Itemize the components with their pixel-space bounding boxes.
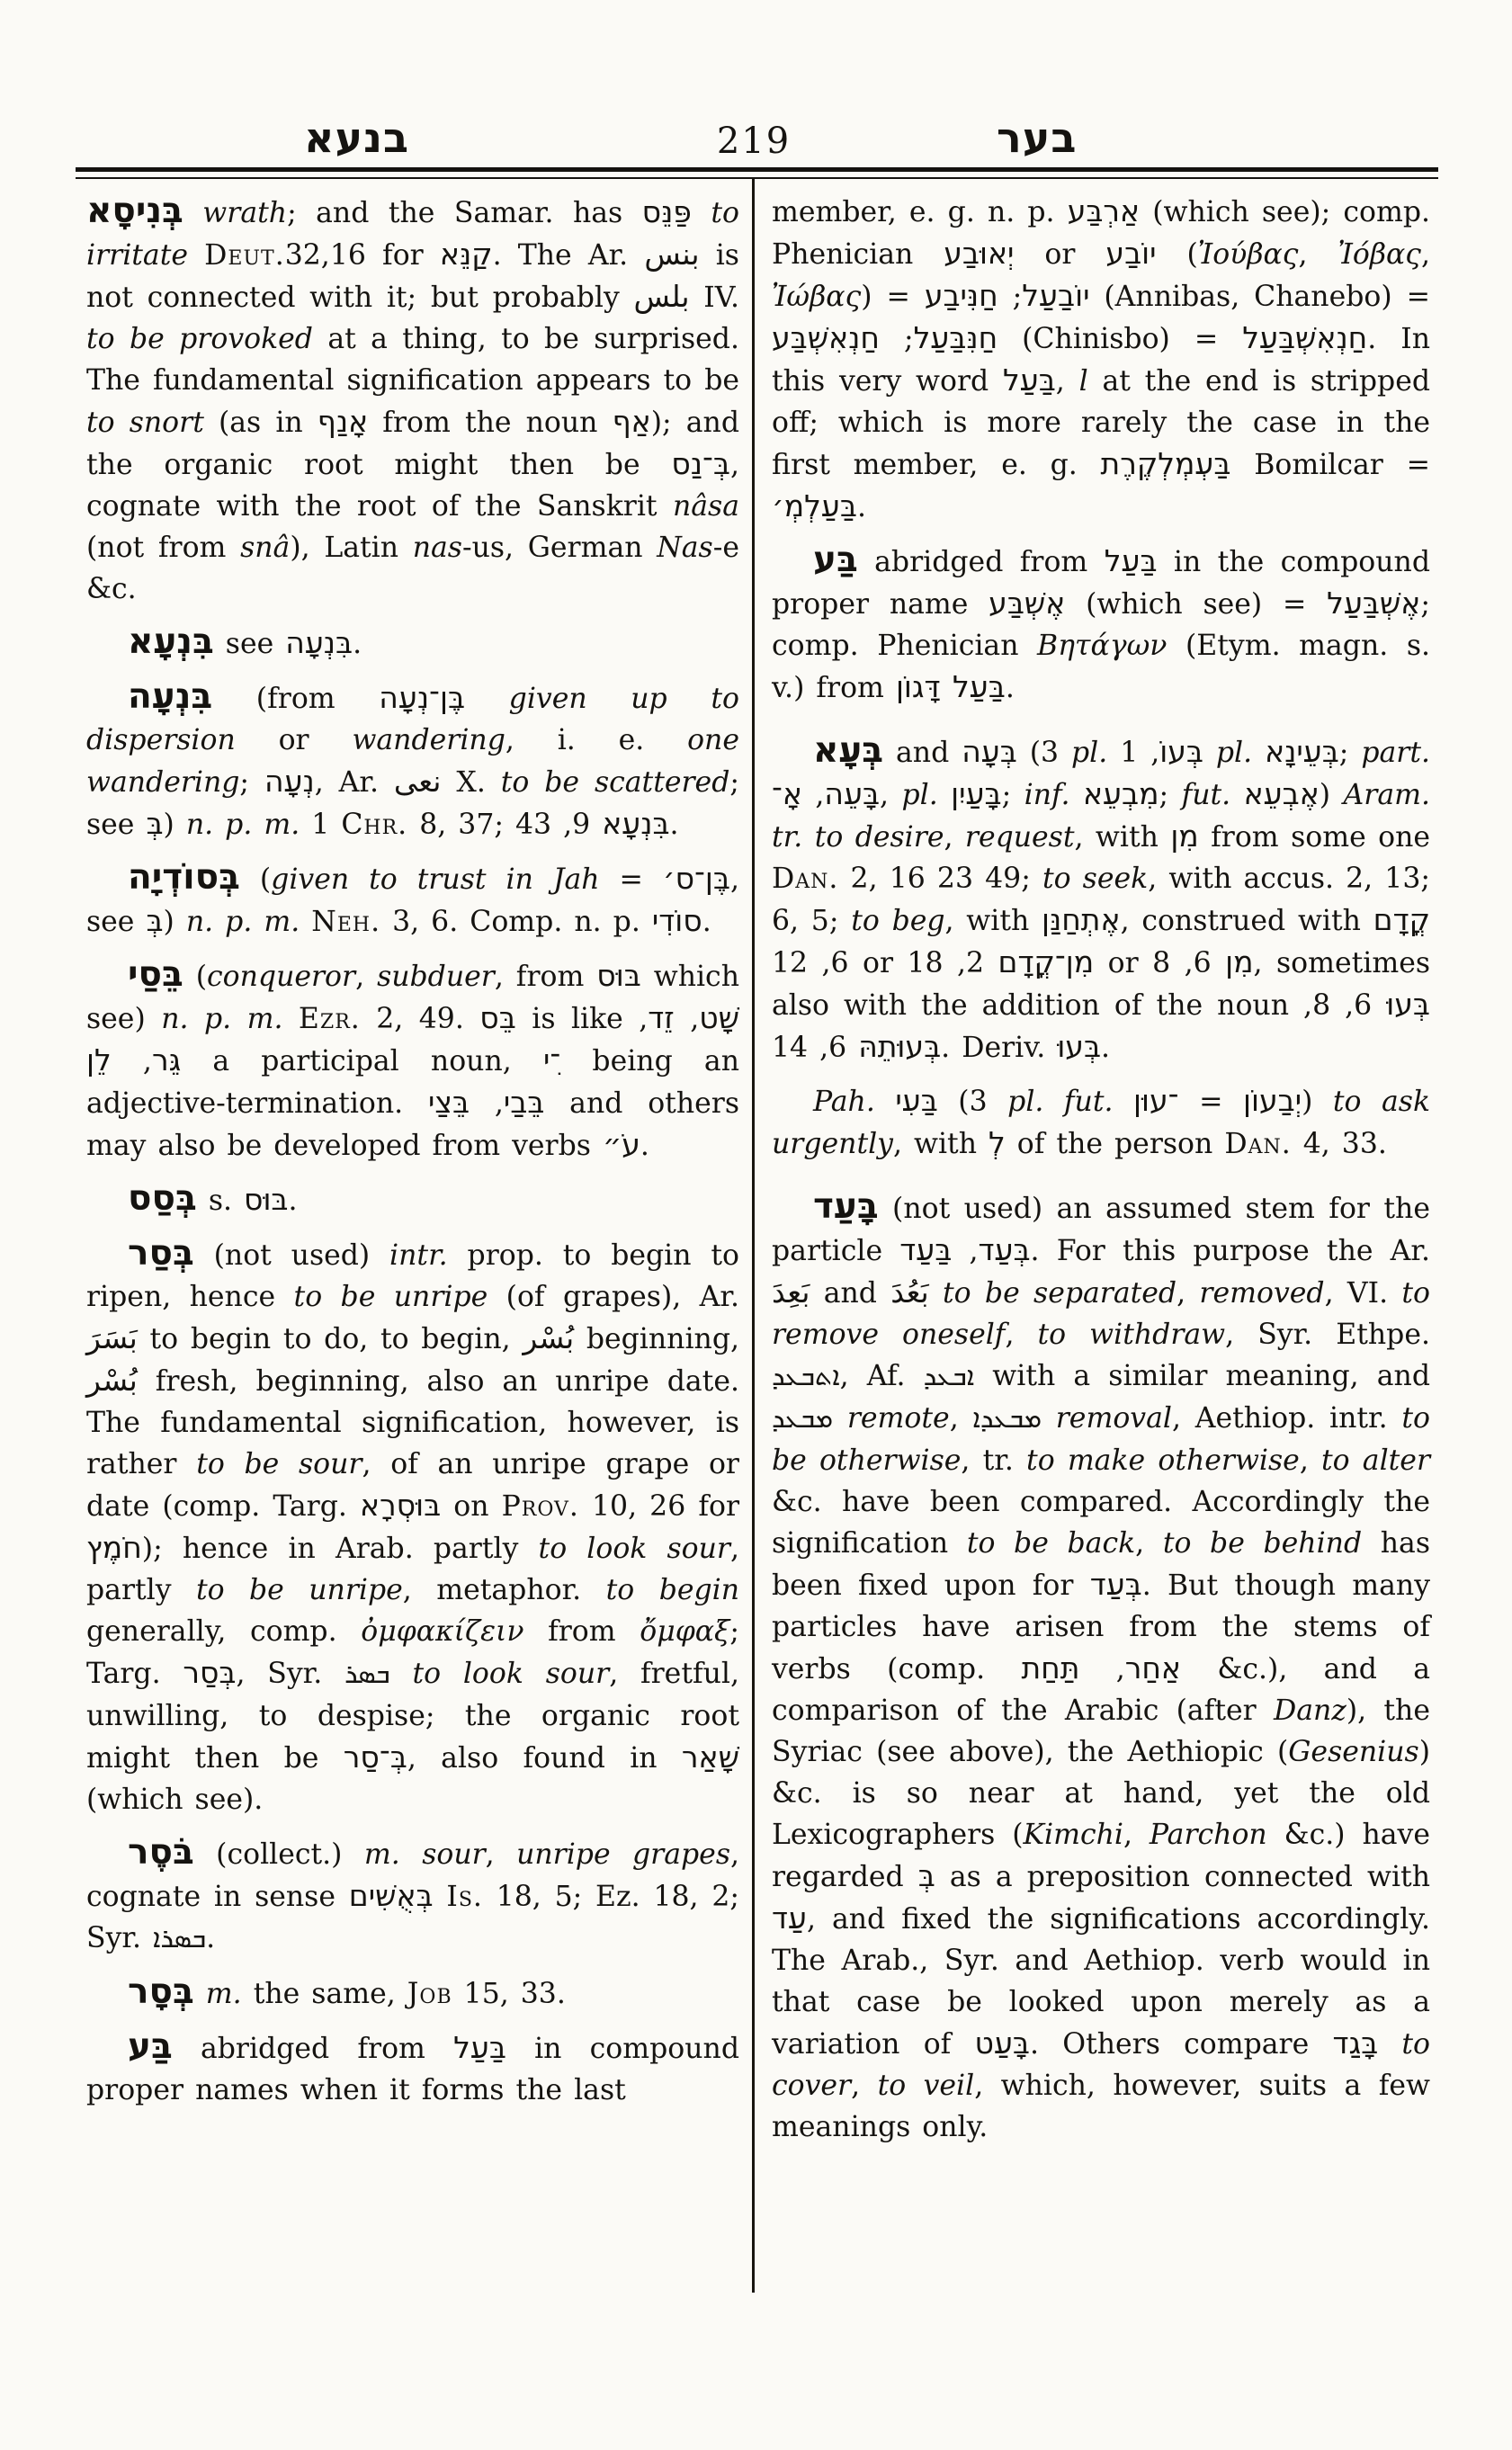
- header-hebrew-left: בנעא: [304, 113, 409, 162]
- running-head: בנעא 219 בער: [0, 113, 1512, 169]
- entry-paragraph: בֹּסֶר (collect.) m. sour, unripe grapes…: [86, 1832, 739, 1960]
- entry-paragraph: בְּסַס s. בּוּס.: [86, 1178, 739, 1221]
- right-column: member, e. g. n. p. אַרְבַּע (which see)…: [772, 191, 1430, 2159]
- entry-paragraph: בֵּסַי (conqueror, subduer, from בּוּס w…: [86, 954, 739, 1167]
- page: בנעא 219 בער בְּנִיסָא wrath; and the Sa…: [0, 0, 1512, 2450]
- entry-paragraph: בִּנְעָא see בִּנְעָה.: [86, 621, 739, 665]
- entry-paragraph: בְּסָר m. the same, Job 15, 33.: [86, 1972, 739, 2015]
- header-rule-thin: [76, 177, 1438, 179]
- page-number: 219: [717, 121, 791, 162]
- entry-paragraph: בְּסַר (not used) intr. prop. to begin t…: [86, 1233, 739, 1820]
- entry-paragraph: בַּע abridged from בַּעַל in the compoun…: [772, 540, 1430, 709]
- entry-paragraph: בְּסוֹדְיָה (given to trust in Jah = בֶּ…: [86, 857, 739, 943]
- entry-paragraph: Pah. בַּעִי (3 pl. fut. יְבַעוֹן = ־עוּן…: [772, 1080, 1430, 1165]
- column-divider: [752, 179, 755, 2293]
- header-rule-thick: [76, 167, 1438, 172]
- left-column: בְּנִיסָא wrath; and the Samar. has פַּנ…: [86, 191, 739, 2123]
- entry-paragraph: בַּע abridged from בַּעַל in compound pr…: [86, 2026, 739, 2111]
- entry-paragraph: בְּעָא and בְּעָה (3 pl. בְּעוֹ, 1 pl. ב…: [772, 730, 1430, 1069]
- entry-paragraph: בִּנְעָה (from בֶּן־נְעָה given up to di…: [86, 676, 739, 845]
- entry-paragraph: בָּעַד (not used) an assumed stem for th…: [772, 1186, 1430, 2148]
- entry-paragraph: בְּנִיסָא wrath; and the Samar. has פַּנ…: [86, 191, 739, 610]
- scanned-lexicon-page: { "header": { "left_hebrew": "בנעא", "pa…: [0, 0, 1512, 2450]
- header-hebrew-right: בער: [997, 113, 1077, 162]
- entry-paragraph: member, e. g. n. p. אַרְבַּע (which see)…: [772, 191, 1430, 528]
